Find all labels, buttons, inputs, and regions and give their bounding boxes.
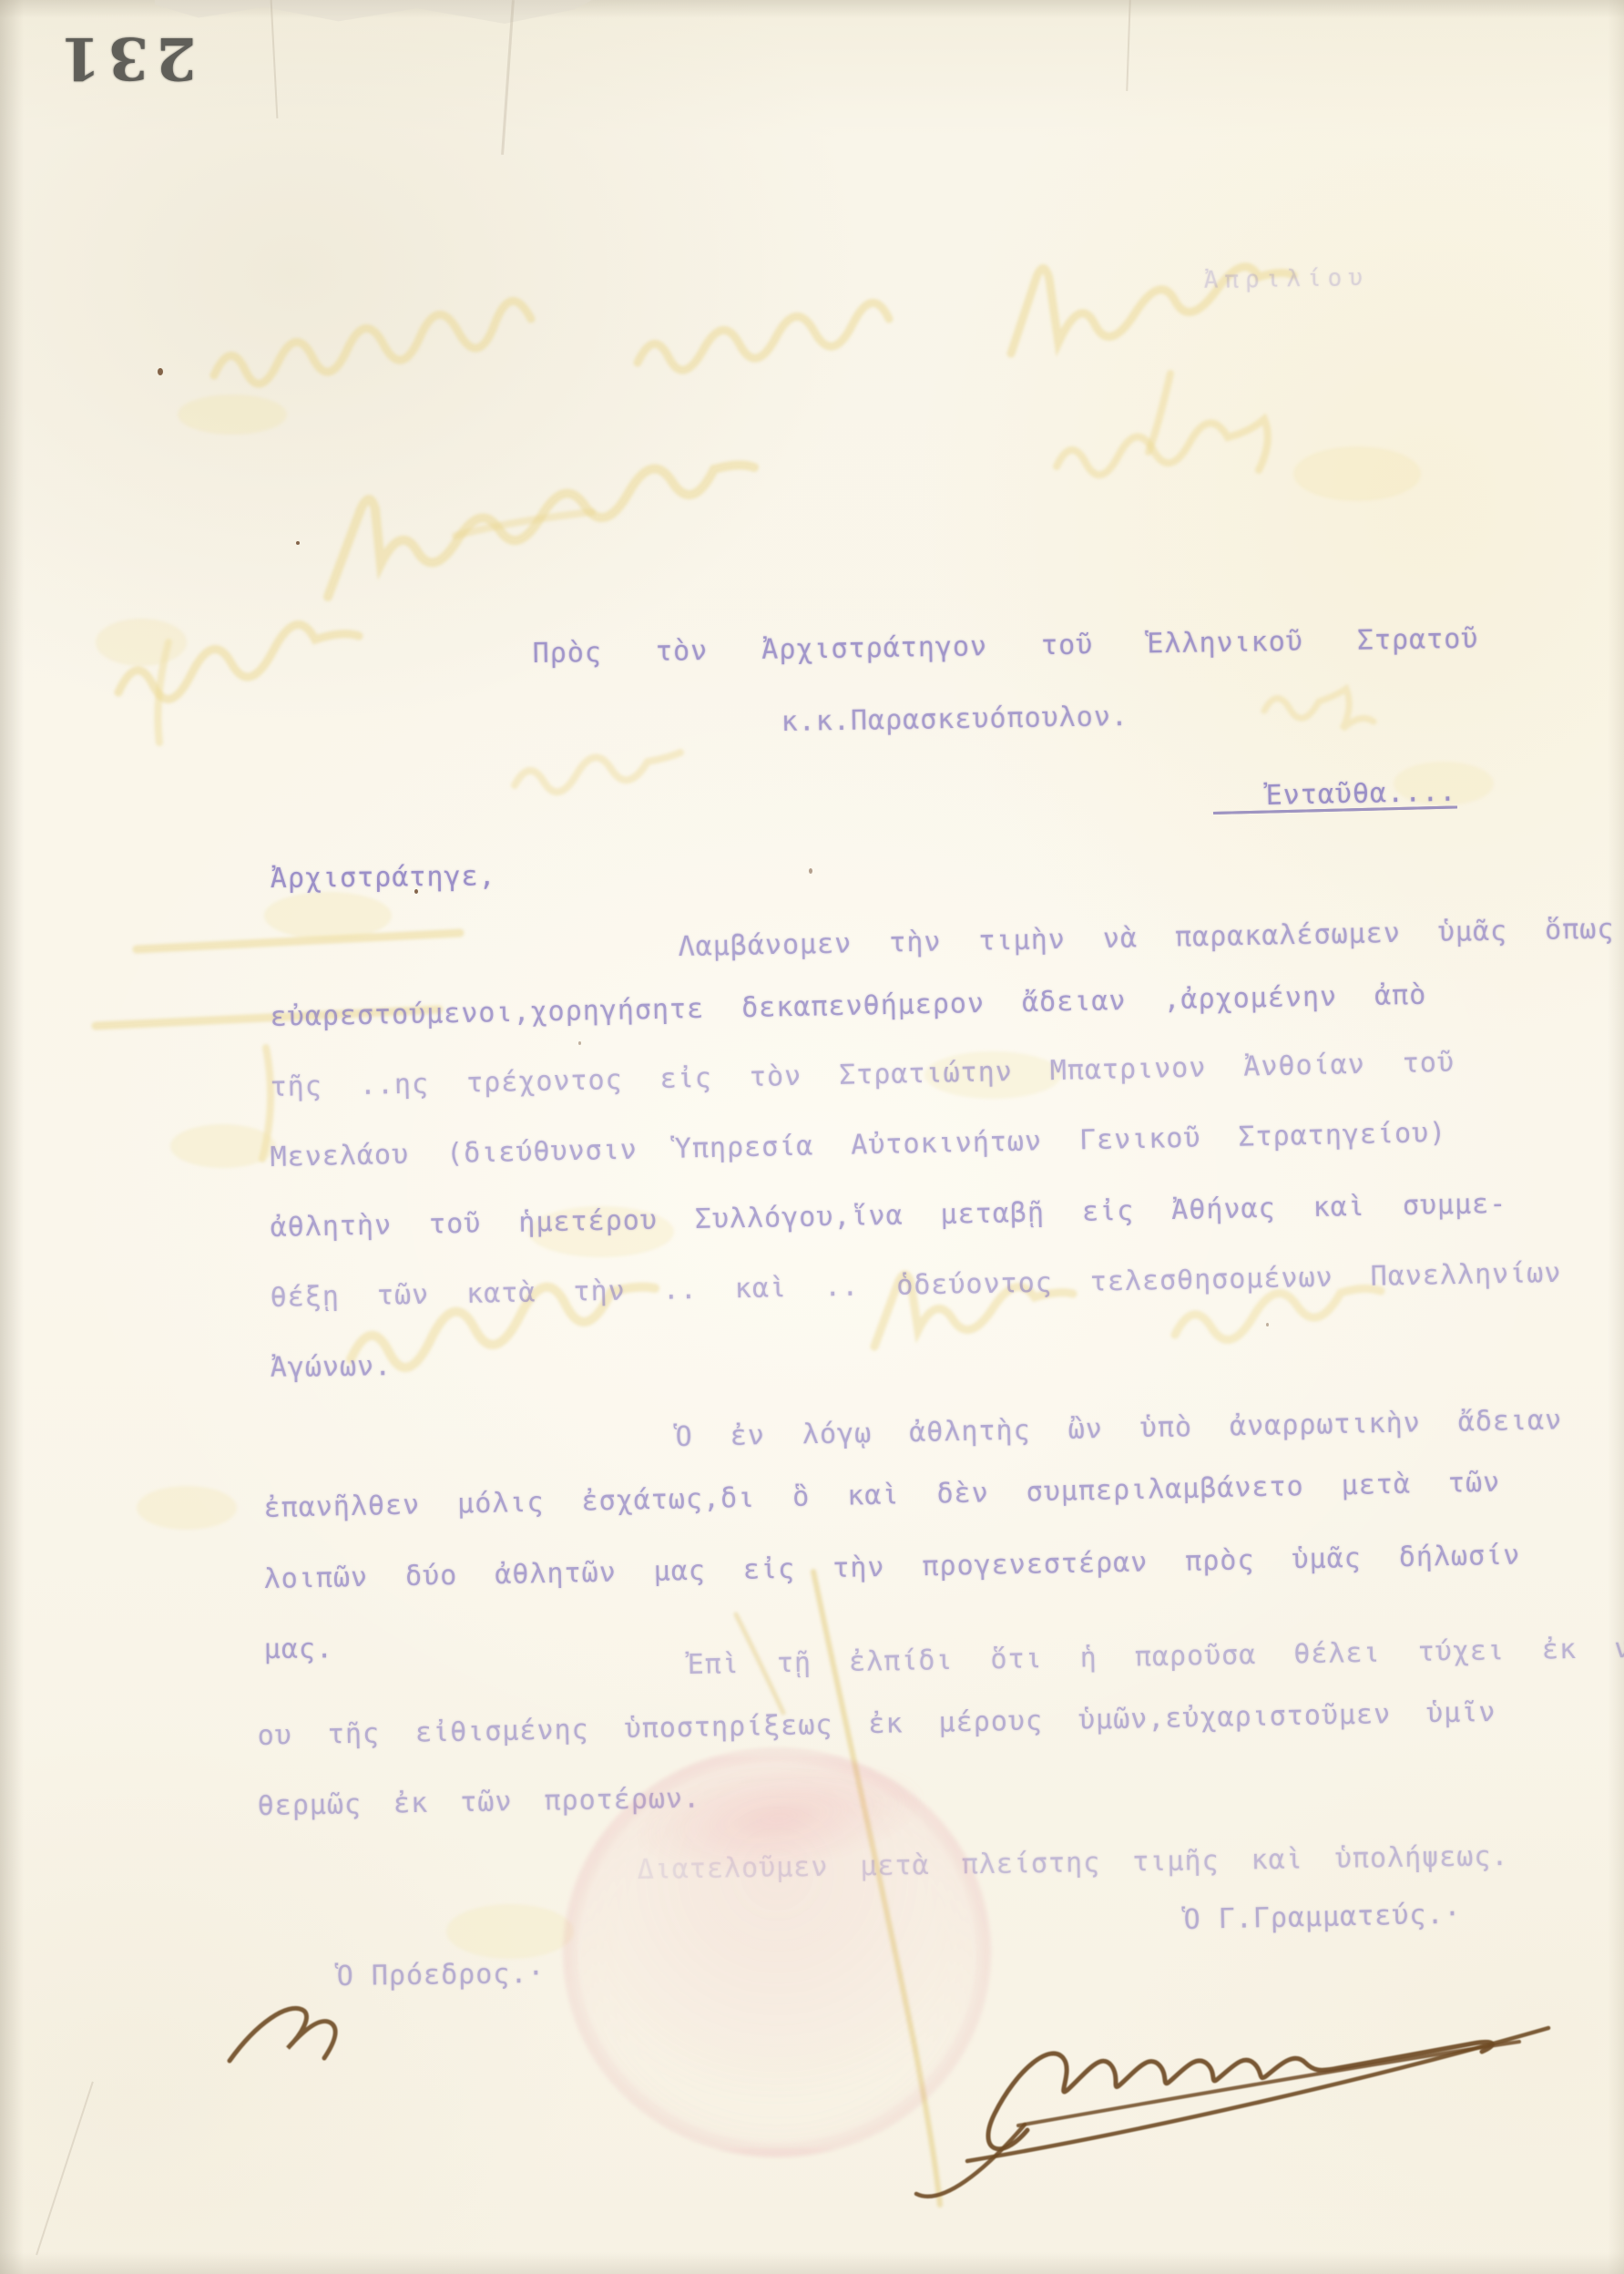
round-stamp xyxy=(563,1747,991,2157)
body-line: Ἐπὶ τῇ ἐλπίδι ὅτι ἡ παροῦσα θέλει τύχει … xyxy=(687,1632,1624,1681)
body-line: ἀθλητὴν τοῦ ἡμετέρου Συλλόγου,ἵνα μεταβῇ… xyxy=(270,1188,1507,1244)
paper-crease xyxy=(36,2082,94,2256)
paper-crease xyxy=(1126,0,1130,91)
recipient-line-2: κ.κ.Παρασκευόπουλον. xyxy=(781,701,1129,738)
ink-speck xyxy=(1266,1323,1269,1326)
ink-speck xyxy=(578,1041,581,1045)
body-line: Λαμβάνομεν τὴν τιμὴν νὰ παρακαλέσωμεν ὑμ… xyxy=(678,913,1614,963)
body-line: θέξῃ τῶν κατὰ τὴν .. καὶ .. ὁδεύοντος τε… xyxy=(270,1257,1561,1314)
torn-top-edge xyxy=(155,0,592,24)
body-line: τῆς ..ης τρέχοντος εἰς τὸν Στρατιώτην Μπ… xyxy=(270,1047,1455,1103)
ink-speck xyxy=(296,541,300,545)
body-line: Ὁ ἐν λόγῳ ἀθλητὴς ὢν ὑπὸ ἀναρρωτικὴν ἄδε… xyxy=(675,1404,1562,1453)
ink-speck xyxy=(809,868,812,874)
secretary-title: Ὁ Γ.Γραμματεύς.· xyxy=(1183,1899,1462,1936)
body-line: ἐπανῆλθεν μόλις ἐσχάτως,δι ὃ καὶ δὲν συμ… xyxy=(263,1467,1500,1524)
paper-edge-shadow-right xyxy=(1608,0,1624,2274)
president-title: Ὁ Πρόεδρος.· xyxy=(337,1958,546,1992)
paper-edge-shadow-bottom xyxy=(0,2252,1624,2274)
body-line: μας. xyxy=(264,1633,334,1665)
recipient-line-1: Πρὸς τὸν Ἀρχιστράτηγον τοῦ Ἑλληνικοῦ Στρ… xyxy=(532,623,1478,670)
paper-crease xyxy=(271,0,279,118)
paper-edge-shadow-left xyxy=(0,0,24,2274)
ink-speck xyxy=(158,368,163,375)
body-line: Μενελάου (διεύθυνσιν Ὑπηρεσία Αὐτοκινήτω… xyxy=(270,1117,1446,1173)
salutation: Ἀρχιστράτηγε, xyxy=(271,860,496,895)
body-line: Ἀγώνων. xyxy=(271,1350,393,1384)
body-line: εὐαρεστούμενοι,χορηγήσητε δεκαπενθήμερον… xyxy=(270,979,1426,1033)
faint-date: Ἀπριλίου xyxy=(1203,264,1369,294)
body-line: λοιπῶν δύο ἀθλητῶν μας εἰς τὴν προγενεστ… xyxy=(263,1540,1520,1595)
page-number-stamp: 231 xyxy=(53,24,197,92)
president-initial-mark xyxy=(230,2008,335,2061)
scanned-letter-page: 231 Ἀπριλίου Πρὸς τὸν Ἀρχιστράτηγον τοῦ … xyxy=(0,0,1624,2274)
body-line: ου τῆς εἰθισμένης ὑποστηρίξεως ἐκ μέρους… xyxy=(257,1696,1496,1752)
